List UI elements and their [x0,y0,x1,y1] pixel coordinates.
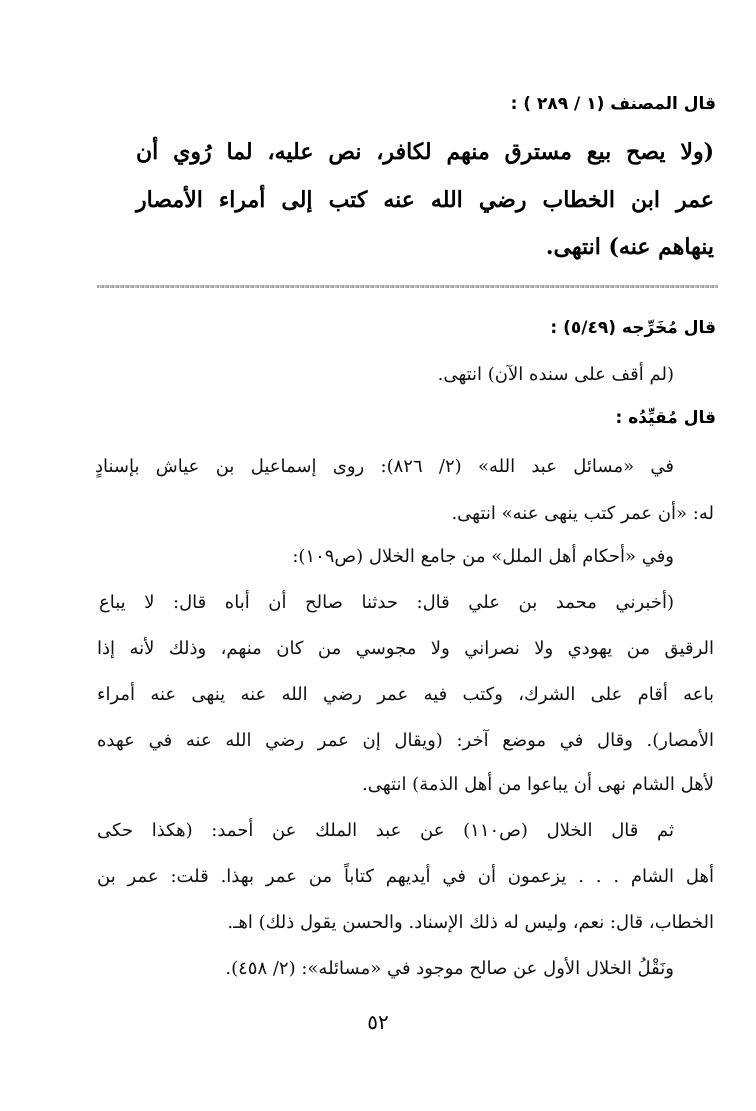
paragraph-line: وفي «أحكام أهل الملل» من جامع الخلال (ص١… [40,546,674,567]
paragraph-line: في «مسائل عبد الله» (٢/ ٨٢٦): روى إسماعي… [95,456,674,477]
muqayyid-heading: قال مُقيِّدُه : [40,408,716,428]
author-heading: قال المصنف (١ / ٢٨٩ ) : [40,94,716,114]
paragraph-line: الرقيق من يهودي ولا نصراني ولا مجوسي من … [97,638,714,659]
author-quote-line-3: ينهاهم عنه) انتهى. [40,234,714,260]
paragraph-line: (أخبرني محمد بن علي قال: حدثنا صالح أن أ… [99,592,674,613]
paragraph-line: الأمصار). وقال في موضع آخر: (ويقال إن عم… [97,730,714,751]
mukharrij-heading: قال مُخَرِّجه (٥/٤٩) : [40,318,716,338]
paragraph-line: لأهل الشام نهى أن يباعوا من أهل الذمة) ا… [40,774,714,795]
author-quote-line-1: (ولا يصح بيع مسترق منهم لكافر، نص عليه، … [136,139,714,165]
paragraph-line: ونَقْلُ الخلال الأول عن صالح موجود في «م… [40,958,674,979]
page-number: ٥٢ [0,1010,756,1034]
section-divider [97,285,718,288]
paragraph-line: ثم قال الخلال (ص١١٠) عن عبد الملك عن أحم… [97,820,674,841]
paragraph-line: باعه أقام على الشرك، وكتب فيه عمر رضي ال… [97,684,714,705]
paragraph-line: الخطاب، قال: نعم، وليس له ذلك الإسناد. و… [40,912,714,933]
paragraph-line: له: «أن عمر كتب ينهى عنه» انتهى. [40,503,714,524]
author-quote-line-2: عمر ابن الخطاب رضي الله عنه كتب إلى أمرا… [136,187,714,213]
document-page: قال المصنف (١ / ٢٨٩ ) : (ولا يصح بيع مست… [0,0,756,1111]
paragraph-line: أهل الشام . . . يزعمون أن في أيديهم كتاب… [97,866,714,887]
mukharrij-text: (لم أقف على سنده الآن) انتهى. [40,364,674,385]
